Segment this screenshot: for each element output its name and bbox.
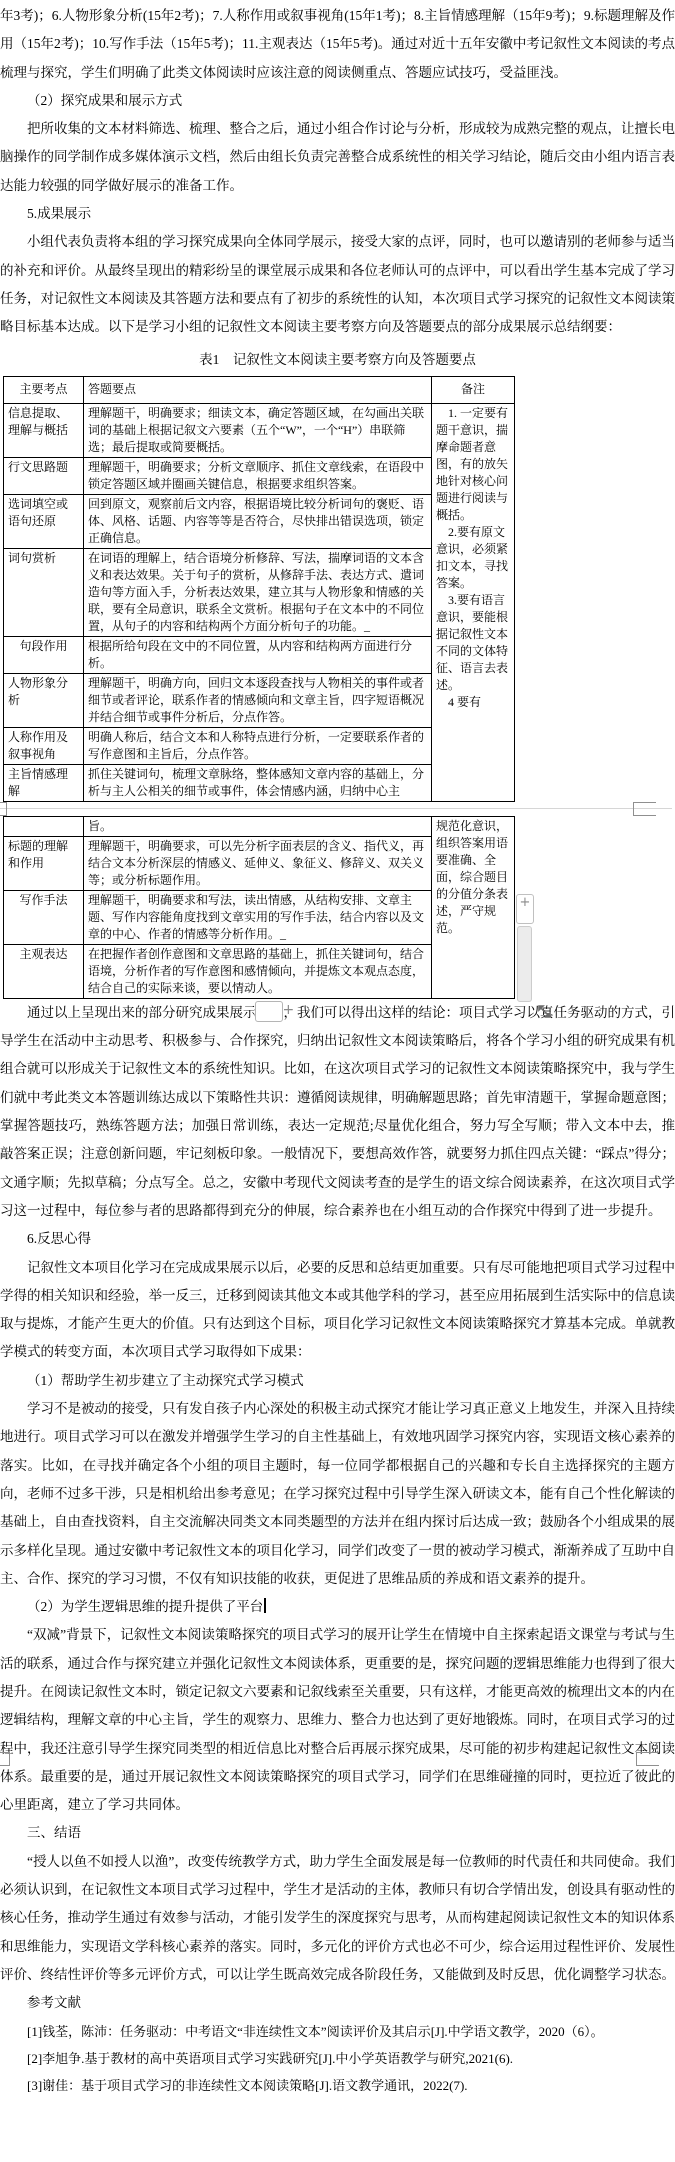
paragraph-text: 纲要，我们可以得出这样的结论：项目式学习以 (257, 1005, 541, 1020)
col-header-topic: 主要考点 (4, 376, 84, 403)
paragraph-text: （2）为学生逻辑思维的提升提供了平台 (27, 1599, 263, 1614)
paragraph-text: 把所收集的文本材料筛选、梳理、整合之后，通过小组合作讨论与分析，形成较为成熟完整… (0, 121, 675, 193)
table-header-row: 主要考点 答题要点 备注 (4, 376, 515, 403)
scrollbar-thumb[interactable] (517, 926, 532, 1002)
points-cell: 理解题干，明确要求；细读文本，确定答题区域，在勾画出关联词的基础上根据记叙文六要… (84, 403, 432, 457)
reference-item: [1]钱荃，陈沛：任务驱动：中考语文“非连续性文本”阅读评价及其启示[J].中学… (0, 2018, 675, 2045)
reference-item: [2]李旭争.基于教材的高中英语项目式学习实践研究[J].中小学英语教学与研究,… (0, 2045, 675, 2072)
reference-item: [3]谢佳：基于项目式学习的非连续性文本阅读策略[J].语文教学通讯，2022(… (0, 2072, 675, 2099)
note-item: 4 要有 (436, 694, 510, 711)
topic-cell: 主观表达 (4, 944, 84, 998)
document-page: 年3考)；6.人物形象分析(15年2考)；7.人称作用或叙事视角(15年1考)；… (0, 0, 675, 2162)
points-cell: 根据所给句段在文中的不同位置，从内容和结构两方面进行分析。 (84, 636, 432, 673)
points-cell: 回到原文，观察前后文内容，根据语境比较分析词句的褒贬、语体、风格、话题、内容等等… (84, 494, 432, 548)
topic-cell: 选词填空或语句还原 (4, 494, 84, 548)
paragraph-text: 学习不是被动的接受，只有发自孩子内心深处的积极主动式探究才能让学习真正意义上地发… (0, 1401, 675, 1586)
topic-cell: 写作手法 (4, 890, 84, 944)
points-cell: 在把握作者创作意图和文章思路的基础上，抓住关键词句，结合语境，分析作者的写作意图… (84, 944, 432, 998)
results-table-part2-wrap: 旨。规范化意识，组织答案用语要准确、全面，综合题目的分值分条表述，严守规范。标题… (3, 816, 514, 999)
table-row: 信息提取、理解与概括理解题干，明确要求；细读文本，确定答题区域，在勾画出关联词的… (4, 403, 515, 457)
note-continuation: 规范化意识，组织答案用语要准确、全面，综合题目的分值分条表述，严守规范。 (436, 818, 510, 937)
page-break-1 (0, 802, 672, 816)
page-break-line (0, 808, 672, 809)
points-cell: 旨。 (84, 816, 432, 836)
topic-cell: 行文思路题 (4, 457, 84, 494)
paragraph-text: （2）探究成果和展示方式 (27, 93, 182, 108)
table-caption: 表1 记叙性文本阅读主要考察方向及答题要点 (0, 346, 675, 374)
note-cell: 规范化意识，组织答案用语要准确、全面，综合题目的分值分条表述，严守规范。 (432, 816, 515, 998)
paragraph: （1）帮助学生初步建立了主动探究式学习模式 (0, 1367, 675, 1395)
note-item: 3.要有语言意识，要能根据记叙性文本不同的文体特征、语言去表述。 (436, 592, 510, 694)
results-table-part2: 旨。规范化意识，组织答案用语要准确、全面，综合题目的分值分条表述，严守规范。标题… (3, 816, 515, 999)
post-table-paragraphs: 通过以上呈现出来的部分研究成果展示+纲要，我们可以得出这样的结论：项目式学习以真… (0, 999, 675, 1989)
paragraph-text: 记叙性文本项目化学习在完成成果展示以后，必要的反思和总结更加重要。只有尽可能地把… (0, 1260, 675, 1360)
topic-cell: 人物形象分析 (4, 673, 84, 727)
points-cell: 理解题干，明确方向，回归文本逐段查找与人物相关的事件或者细节或者评论，联系作者的… (84, 673, 432, 727)
paragraph: 5.成果展示 (0, 200, 675, 228)
paragraph-text: 通过以上呈现出来的部分研究成果展示 (27, 1005, 257, 1020)
page-break-mark-right (633, 802, 656, 816)
paragraph: 三、结语 (0, 1819, 675, 1847)
table-insert-button[interactable]: + (516, 894, 534, 924)
paragraph: （2）探究成果和展示方式 (0, 87, 675, 115)
references-section: 参考文献 [1]钱荃，陈沛：任务驱动：中考语文“非连续性文本”阅读评价及其启示[… (0, 1989, 675, 2098)
paragraph: 把所收集的文本材料筛选、梳理、整合之后，通过小组合作讨论与分析，形成较为成熟完整… (0, 115, 675, 200)
paragraph-text: 年3考)；6.人物形象分析(15年2考)；7.人称作用或叙事视角(15年1考)；… (0, 8, 675, 80)
paragraph-text: 6.反思心得 (27, 1231, 91, 1246)
col-header-points: 答题要点 (84, 376, 432, 403)
paragraph-text: “双减”背景下，记叙性文本阅读策略探究的项目式学习的展开让学生在情境中自主探索起… (0, 1627, 675, 1812)
topic-cell: 主旨情感理解 (4, 764, 84, 801)
paragraph: 记叙性文本项目化学习在完成成果展示以后，必要的反思和总结更加重要。只有尽可能地把… (0, 1254, 675, 1367)
table-row: 旨。规范化意识，组织答案用语要准确、全面，综合题目的分值分条表述，严守规范。 (4, 816, 515, 836)
references-list: [1]钱荃，陈沛：任务驱动：中考语文“非连续性文本”阅读评价及其启示[J].中学… (0, 2018, 675, 2099)
note-cell: 1. 一定要有题干意识，揣摩命题者意图，有的放矢地针对核心问题进行阅读与概括。2… (432, 403, 515, 801)
points-cell: 理解题干，明确要求，可以先分析字面表层的含义、指代义，再结合文本分析深层的情感义… (84, 836, 432, 890)
points-cell: 在词语的理解上，结合语境分析修辞、写法，揣摩词语的文本含义和表达效果。关于句子的… (84, 548, 432, 636)
resize-cursor-icon (537, 1004, 552, 1019)
points-cell: 抓住关键词句，梳理文章脉络，整体感知文章内容的基础上，分析与主人公相关的细节或事… (84, 764, 432, 801)
page-break-mark-left (0, 802, 7, 816)
points-cell: 理解题干，明确要求；分析文章顺序、抓住文章线索，在语段中锁定答题区域并圈画关键信… (84, 457, 432, 494)
results-table-part1-wrap: 主要考点 答题要点 备注 信息提取、理解与概括理解题干，明确要求；细读文本，确定… (3, 376, 514, 802)
paragraph: 通过以上呈现出来的部分研究成果展示+纲要，我们可以得出这样的结论：项目式学习以真… (0, 999, 675, 1225)
paragraph-text: 5.成果展示 (27, 206, 91, 221)
topic-cell: 信息提取、理解与概括 (4, 403, 84, 457)
page-content: 年3考)；6.人物形象分析(15年2考)；7.人称作用或叙事视角(15年1考)；… (0, 2, 675, 2099)
text-caret (264, 1598, 266, 1613)
topic-cell: 标题的理解和作用 (4, 836, 84, 890)
col-header-note: 备注 (432, 376, 515, 403)
references-heading: 参考文献 (0, 1989, 675, 2017)
paragraph: “授人以鱼不如授人以渔”，改变传统教学方式，助力学生全面发展是每一位教师的时代责… (0, 1848, 675, 1989)
paragraph: “双减”背景下，记叙性文本阅读策略探究的项目式学习的展开让学生在情境中自主探索起… (0, 1621, 675, 1819)
paragraph-text: 小组代表负责将本组的学习探究成果向全体同学展示，接受大家的点评，同时，也可以邀请… (0, 234, 675, 334)
points-cell: 理解题干，明确要求和写法，读出情感，从结构安排、文章主题、写作内容能角度找到文章… (84, 890, 432, 944)
topic-cell: 人称作用及叙事视角 (4, 727, 84, 764)
topic-cell: 词句赏析 (4, 548, 84, 636)
points-cell: 明确人称后，结合文本和人称特点进行分析，一定要联系作者的写作意图和主旨后，分点作… (84, 727, 432, 764)
paragraph: 6.反思心得 (0, 1225, 675, 1253)
paragraph: （2）为学生逻辑思维的提升提供了平台 (0, 1593, 675, 1621)
paragraph-text: 真任务驱动的方式，引导学生在活动中主动思考、积极参与、合作探究，归纳出记叙性文本… (0, 1005, 675, 1218)
insert-plus-button[interactable]: + (255, 1001, 283, 1022)
topic-cell (4, 816, 84, 836)
topic-cell: 句段作用 (4, 636, 84, 673)
note-item: 2.要有原文意识，必须紧扣文本，寻找答案。 (436, 524, 510, 592)
note-item: 1. 一定要有题干意识，揣摩命题者意图，有的放矢地针对核心问题进行阅读与概括。 (436, 405, 510, 524)
results-table-part1: 主要考点 答题要点 备注 信息提取、理解与概括理解题干，明确要求；细读文本，确定… (3, 376, 515, 802)
paragraph-text: （1）帮助学生初步建立了主动探究式学习模式 (27, 1373, 304, 1388)
pre-table-paragraphs: 年3考)；6.人物形象分析(15年2考)；7.人称作用或叙事视角(15年1考)；… (0, 2, 675, 342)
paragraph: 小组代表负责将本组的学习探究成果向全体同学展示，接受大家的点评，同时，也可以邀请… (0, 228, 675, 341)
paragraph: 年3考)；6.人物形象分析(15年2考)；7.人称作用或叙事视角(15年1考)；… (0, 2, 675, 87)
paragraph-text: 三、结语 (27, 1825, 81, 1840)
paragraph-text: “授人以鱼不如授人以渔”，改变传统教学方式，助力学生全面发展是每一位教师的时代责… (0, 1854, 675, 1982)
paragraph: 学习不是被动的接受，只有发自孩子内心深处的积极主动式探究才能让学习真正意义上地发… (0, 1395, 675, 1593)
